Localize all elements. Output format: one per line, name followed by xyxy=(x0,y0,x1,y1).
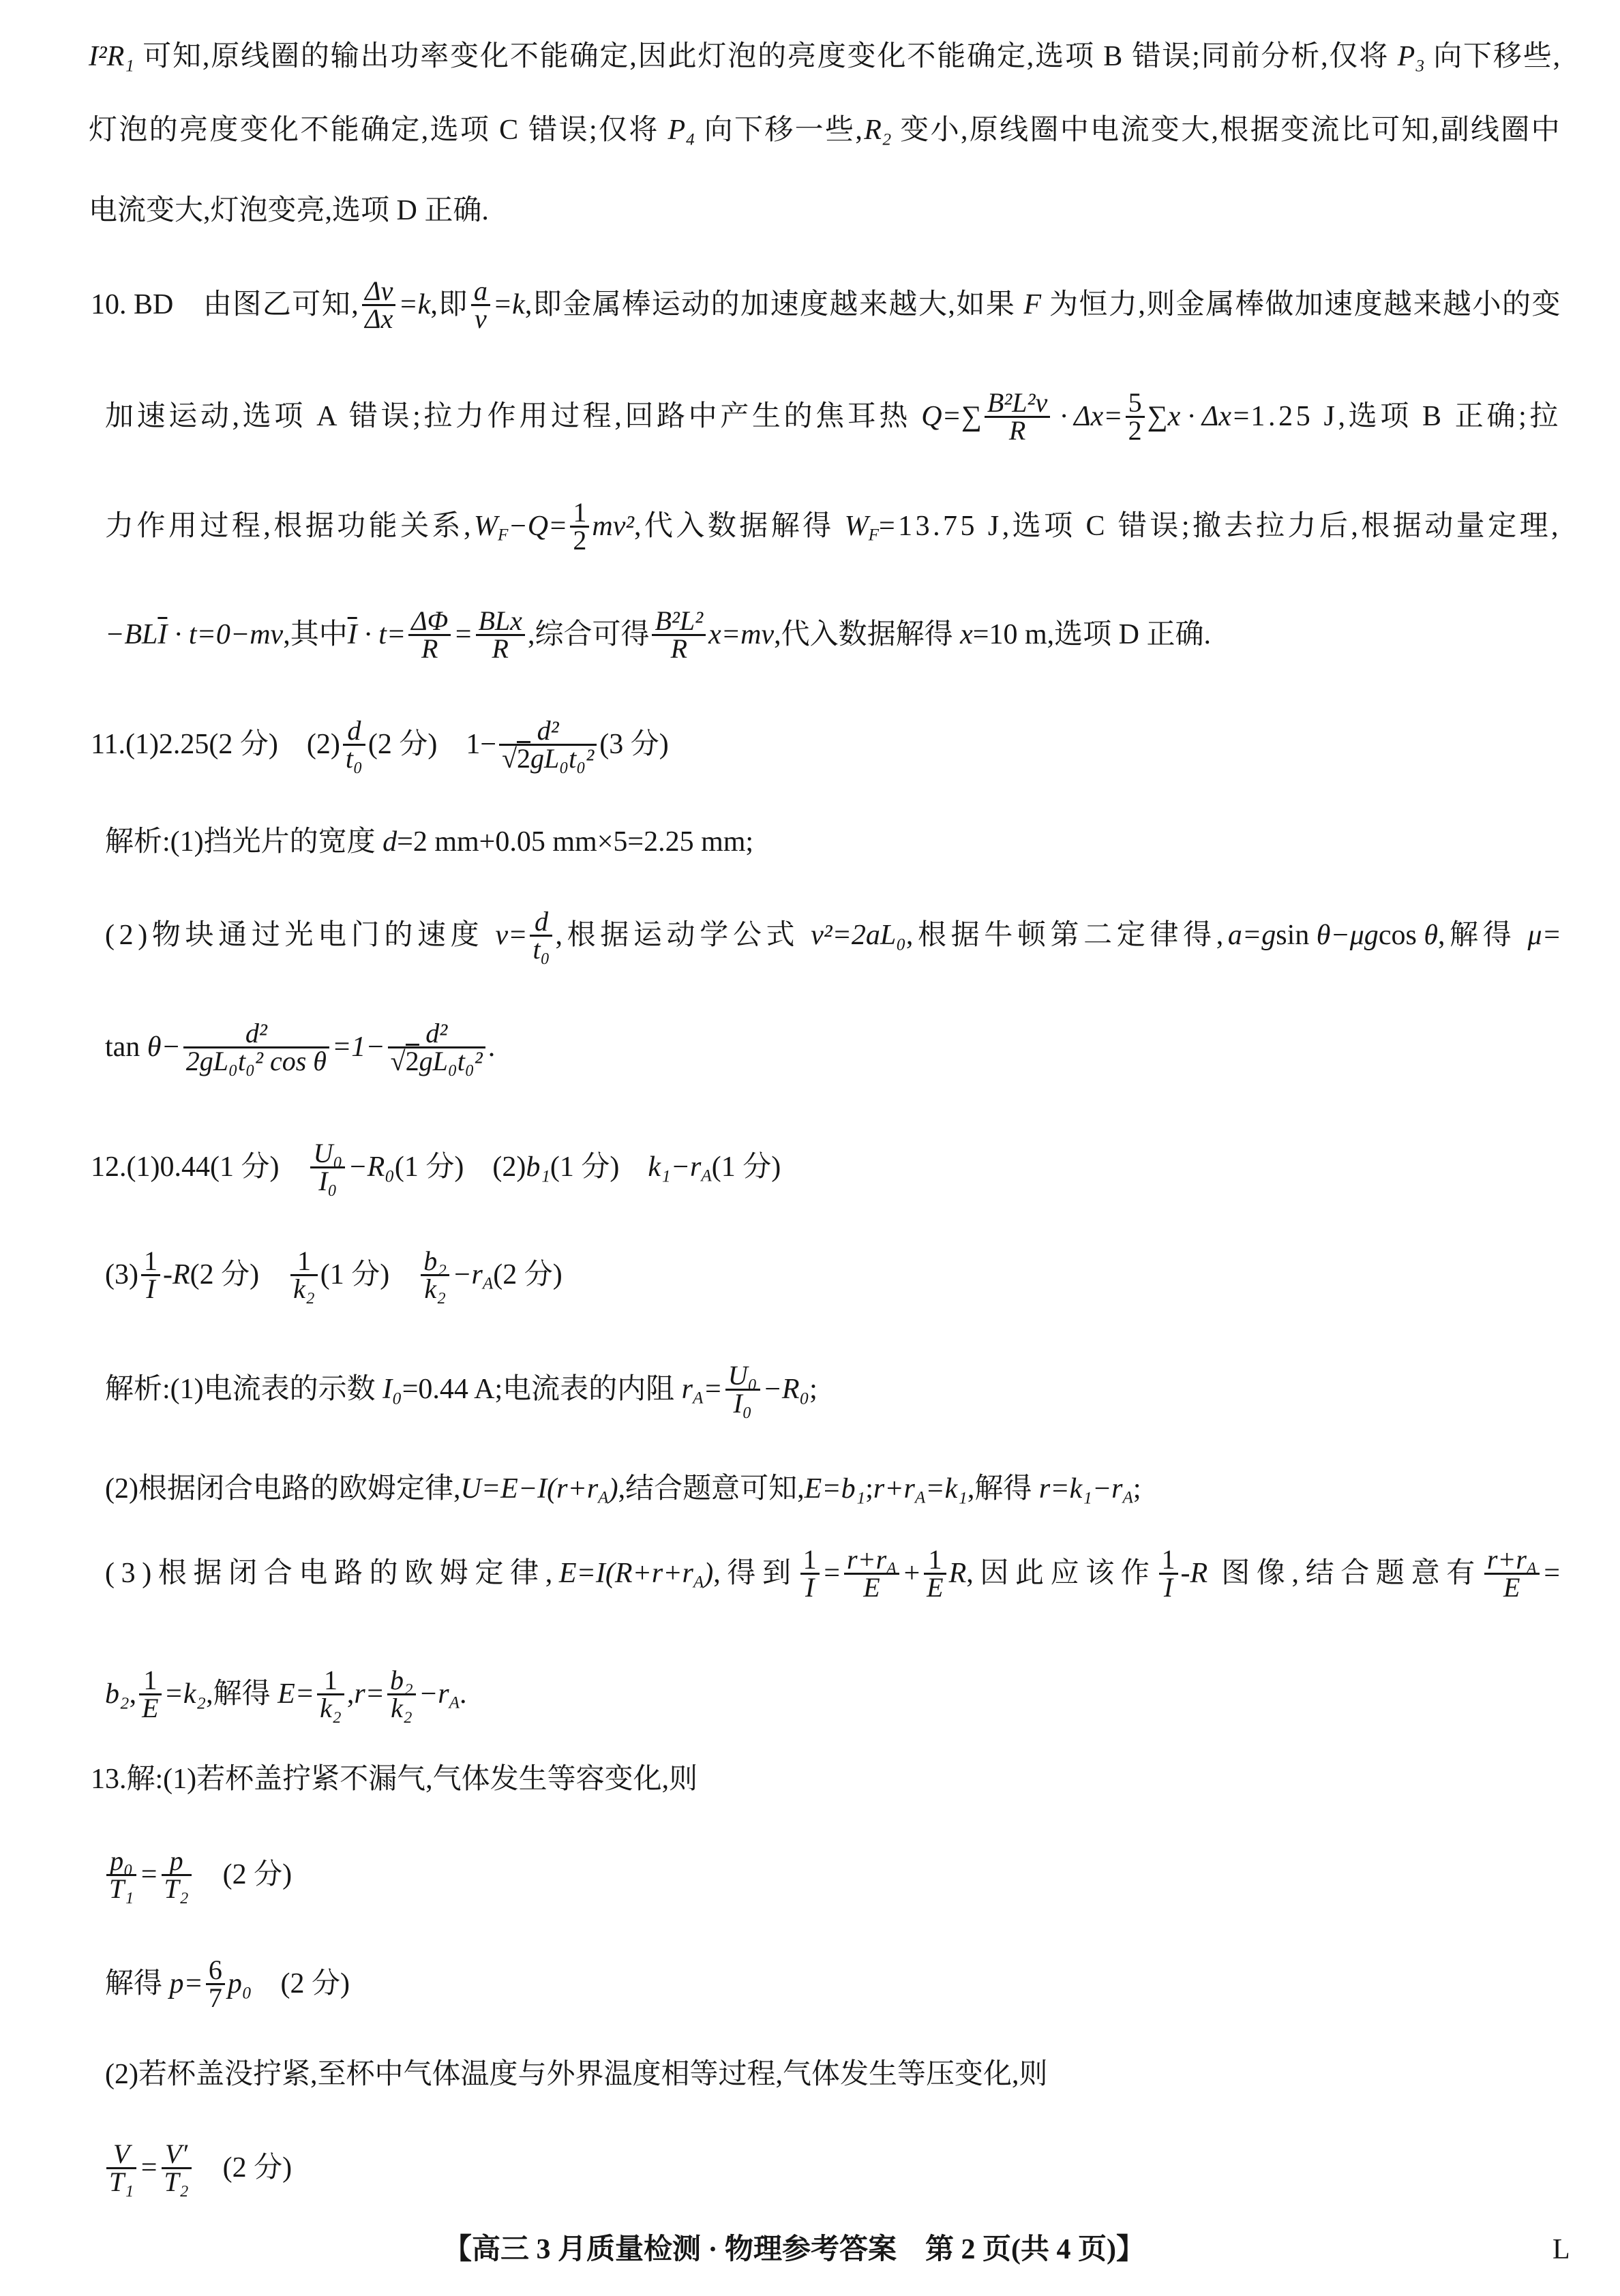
math-expression: b₂ xyxy=(105,1679,130,1709)
fraction: V′ T₂ xyxy=(162,2141,192,2195)
q11-analysis-line-3: tan θ− d² 2gL₀t₀² cos θ =1− d² √2gL₀t₀² … xyxy=(105,1032,495,1062)
math-expression: −R₀ xyxy=(348,1152,395,1182)
math-expression: d xyxy=(382,827,397,857)
fraction: 1 E xyxy=(139,1667,161,1721)
q13-equation-2: V T₁ = V′ T₂ (2 分) xyxy=(104,2153,292,2183)
text-run: ,根据牛顿第二定律得, xyxy=(906,920,1228,950)
fraction-denominator: √2gL₀t₀² xyxy=(499,744,597,772)
fraction-denominator: T₁ xyxy=(106,1874,136,1902)
math-symbol: −BL xyxy=(105,619,157,650)
text-run: (2 分) xyxy=(190,1260,288,1290)
math-expression: =1− xyxy=(332,1032,385,1062)
fraction: d² 2gL₀t₀² cos θ xyxy=(183,1021,329,1074)
fraction-denominator: k₂ xyxy=(290,1274,318,1302)
fraction: p T₂ xyxy=(162,1848,192,1902)
text-run: 解析:(1)电流表的示数 xyxy=(105,1374,382,1404)
text-run: ,解得 xyxy=(1438,920,1528,950)
math-expression: E= xyxy=(277,1679,314,1709)
fraction: d t₀ xyxy=(530,909,552,963)
fraction-numerator: 1 xyxy=(317,1667,344,1693)
function-name: cos xyxy=(1379,920,1424,950)
fraction-denominator: I₀ xyxy=(725,1389,760,1417)
text-run: (2)根据闭合电路的欧姆定律, xyxy=(105,1474,460,1504)
fraction: 1 k₂ xyxy=(317,1667,344,1721)
text-run: 解析:(1)挡光片的宽度 xyxy=(105,827,382,857)
text-run: 为恒力,则金属棒做加速度越来越小的变 xyxy=(1041,290,1561,320)
subscript: A xyxy=(915,1489,925,1507)
text-run: (1)0.44(1 分) xyxy=(127,1152,308,1182)
fraction: 1 I xyxy=(800,1547,820,1601)
text-run: ,解得 xyxy=(967,1474,1039,1504)
radicand: 2 xyxy=(406,1044,419,1076)
text-run: 加速运动,选项 A 错误;拉力作用过程,回路中产生的焦耳热 xyxy=(105,402,921,432)
text-run: (2 分) xyxy=(493,1260,562,1290)
subscript: A xyxy=(598,1489,608,1507)
fraction-numerator: d² xyxy=(499,718,597,744)
math-symbol: r xyxy=(682,1374,693,1405)
math-expression: =k xyxy=(493,290,525,320)
fraction-numerator: 1 xyxy=(570,500,589,526)
math-expression: v²=2aL₀ xyxy=(811,920,906,950)
text-run: 图像,结合题意有 xyxy=(1207,1558,1482,1588)
math-symbol: −r xyxy=(452,1259,483,1290)
text-run: 1.25 J,选项 B 正确;拉 xyxy=(1250,402,1561,432)
fraction-denominator: I₀ xyxy=(310,1166,345,1194)
fraction-denominator: k₂ xyxy=(421,1274,449,1302)
q12-analysis-line-4: b₂ , 1 E =k₂ ,解得 E= 1 k₂ , r= b₂ k₂ −rA … xyxy=(105,1679,467,1709)
subscript: A xyxy=(1123,1489,1133,1507)
fraction-numerator: 1 xyxy=(924,1547,946,1573)
subscript: A xyxy=(693,1573,704,1592)
math-expression: p= xyxy=(170,1969,203,1999)
q10-line-4: −BLI · t=0−mv ,其中 I · t= ΔΦ R = BLx R ,综… xyxy=(105,620,1211,650)
math-expression: WF−Q= xyxy=(474,511,567,541)
math-expression: E=b₁ xyxy=(805,1474,866,1504)
text-run: (1 分) xyxy=(712,1152,781,1182)
fraction-denominator: t₀ xyxy=(343,744,365,772)
text-run: ; xyxy=(809,1374,817,1404)
q11-analysis-line-1: 解析:(1)挡光片的宽度 d =2 mm+0.05 mm×5=2.25 mm; xyxy=(105,827,753,857)
text-run: , xyxy=(130,1679,137,1709)
q12-line-1: 12. (1)0.44(1 分) U₀ I₀ −R₀ (1 分) (2) b₁ … xyxy=(91,1152,781,1182)
text-run: ,根据运动学公式 xyxy=(555,920,811,950)
text-run: 灯泡的亮度变化不能确定,选项 C 错误;仅将 xyxy=(89,115,668,145)
average-current-symbol: I xyxy=(157,619,167,650)
fraction-denominator: 2gL₀t₀² cos θ xyxy=(183,1046,329,1074)
text-run: ,其中 xyxy=(283,620,348,650)
math-expression: a=g xyxy=(1228,920,1276,950)
text-run: 电流变大,灯泡变亮,选项 D 正确. xyxy=(89,196,489,226)
math-expression: mv² xyxy=(592,511,634,541)
function-name: tan xyxy=(105,1032,147,1062)
math-symbol: ) xyxy=(609,1473,618,1505)
fraction-numerator: 1 xyxy=(1159,1547,1178,1573)
subscript: A xyxy=(701,1167,711,1185)
math-expression: θ xyxy=(1424,920,1438,950)
fraction: B²L²v R xyxy=(985,390,1050,444)
fraction-numerator: 6 xyxy=(206,1957,225,1983)
q9-continuation-line-3: 电流变大,灯泡变亮,选项 D 正确. xyxy=(89,196,489,226)
math-expression: =k xyxy=(398,290,430,320)
q10-line-1: 10. BD 由图乙可知, Δv Δx =k ,即 a v =k ,即金属棒运动… xyxy=(91,290,1561,320)
math-expression: = xyxy=(1542,1558,1561,1588)
q13-line-2: (2)若杯盖没拧紧,至杯中气体温度与外界温度相等过程,气体发生等压变化,则 xyxy=(105,2059,1047,2089)
math-expression: + xyxy=(902,1558,921,1588)
text-run: 变小,原线圈中电流变大,根据变流比可知,副线圈中 xyxy=(891,115,1561,145)
radicand: 2 xyxy=(517,741,530,774)
text-run: ,得到 xyxy=(713,1558,797,1588)
math-expression: θ− xyxy=(147,1032,181,1062)
fraction-numerator: U₀ xyxy=(725,1363,760,1389)
math-symbol: ) xyxy=(704,1558,713,1589)
math-expression: = xyxy=(822,1558,841,1588)
text-run: (1 分) xyxy=(320,1260,418,1290)
q11-line-1: 11. (1)2.25(2 分) (2) d t₀ (2 分) 1− d² √2… xyxy=(91,729,669,759)
fraction-numerator: 1 xyxy=(800,1547,820,1573)
q11-analysis-line-2: (2)物块通过光电门的速度 v= d t₀ ,根据运动学公式 v²=2aL₀ ,… xyxy=(105,920,1561,950)
math-expression: I²R₁ xyxy=(89,42,134,72)
text-run: ,即 xyxy=(430,290,468,320)
q12-analysis-line-2: (2)根据闭合电路的欧姆定律, U=E−I(r+rA) ,结合题意可知, E=b… xyxy=(105,1474,1141,1504)
text-run: (1)2.25(2 分) (2) xyxy=(125,729,340,759)
fraction-denominator: R xyxy=(985,416,1050,444)
fraction-denominator: t₀ xyxy=(530,935,552,963)
fraction-denominator: 2 xyxy=(570,526,589,554)
math-symbol: E=I(R+r+r xyxy=(559,1558,693,1589)
q12-line-2: (3) 1 I -R (2 分) 1 k₂ (1 分) b₂ k₂ −rA (2… xyxy=(105,1260,562,1290)
math-expression: F xyxy=(1023,290,1041,320)
math-symbol: r=k₁−r xyxy=(1039,1473,1123,1505)
fraction: B²L² R xyxy=(652,608,706,662)
fraction: r+rA E xyxy=(844,1547,899,1601)
text-run: ,因此应该作 xyxy=(966,1558,1156,1588)
text-run: ; xyxy=(1133,1474,1141,1504)
text-run: ; xyxy=(865,1474,873,1504)
math-expression: U=E−I(r+rA) xyxy=(460,1474,618,1504)
fraction-denominator: E xyxy=(844,1573,899,1601)
text-run: (2)若杯盖没拧紧,至杯中气体温度与外界温度相等过程,气体发生等压变化,则 xyxy=(105,2059,1047,2089)
subscript: F xyxy=(869,526,879,545)
fraction-numerator: V′ xyxy=(162,2141,192,2167)
math-expression: −R₀ xyxy=(763,1374,810,1404)
math-expression: WF xyxy=(845,511,879,541)
text-run: 向下移一些, xyxy=(695,115,864,145)
math-expression: ∑x · Δx= xyxy=(1147,402,1251,432)
math-symbol: W xyxy=(845,511,869,542)
math-expression: = xyxy=(139,2153,158,2183)
math-expression: I₀ xyxy=(382,1374,402,1404)
fraction-numerator: 5 xyxy=(1126,390,1145,416)
q9-continuation-line-1: I²R₁ 可知,原线圈的输出功率变化不能确定,因此灯泡的亮度变化不能确定,选项 … xyxy=(89,42,1561,72)
q13-line-1: 13. 解:(1)若杯盖拧紧不漏气,气体发生等容变化,则 xyxy=(91,1764,697,1794)
text-run: . xyxy=(488,1032,496,1062)
fraction-numerator: ΔΦ xyxy=(408,608,451,634)
fraction-numerator: a xyxy=(471,278,490,304)
math-expression: −rA xyxy=(419,1679,460,1709)
q10-line-2: 加速运动,选项 A 错误;拉力作用过程,回路中产生的焦耳热 Q=∑ B²L²v … xyxy=(105,402,1561,432)
fraction-numerator: B²L²v xyxy=(985,390,1050,416)
fraction-numerator: 1 xyxy=(139,1667,161,1693)
text-run: ,结合题意可知, xyxy=(618,1474,805,1504)
fraction: b₂ k₂ xyxy=(421,1248,449,1302)
text-run: 解得 xyxy=(105,1969,170,1999)
math-expression: -R xyxy=(163,1260,190,1290)
math-expression: θ−μg xyxy=(1317,920,1379,950)
fraction-numerator: r+rA xyxy=(1484,1547,1540,1573)
fraction-numerator: 1 xyxy=(141,1248,160,1274)
fraction: 1 E xyxy=(924,1547,946,1601)
math-expression: b₁ xyxy=(526,1152,550,1182)
fraction: 6 7 xyxy=(206,1957,225,2011)
q9-continuation-line-2: 灯泡的亮度变化不能确定,选项 C 错误;仅将 P₄ 向下移一些, R₂ 变小,原… xyxy=(89,115,1561,145)
math-symbol: · t=0−mv xyxy=(167,619,283,650)
fraction: d² √2gL₀t₀² xyxy=(388,1021,485,1074)
fraction-numerator: B²L² xyxy=(652,608,706,634)
text-run: (2 分) 1− xyxy=(368,729,496,759)
text-run: 向下移些, xyxy=(1425,42,1561,72)
math-expression: rA= xyxy=(682,1374,723,1404)
subscript: A xyxy=(693,1389,703,1408)
sqrt-icon: √ xyxy=(502,743,517,774)
q13-equation-1: p₀ T₁ = p T₂ (2 分) xyxy=(104,1860,292,1890)
footer-title: 【高三 3 月质量检测 · 物理参考答案 第 2 页(共 4 页)】 xyxy=(443,2235,1145,2265)
fraction: ΔΦ R xyxy=(408,608,451,662)
text-run: =10 m,选项 D 正确. xyxy=(973,620,1211,650)
q12-analysis-line-1: 解析:(1)电流表的示数 I₀ =0.44 A;电流表的内阻 rA= U₀ I₀… xyxy=(105,1374,817,1404)
fraction-denominator: 2 xyxy=(1126,416,1145,444)
fraction-numerator: Δv xyxy=(362,278,395,304)
fraction-denominator: T₁ xyxy=(106,2167,136,2195)
fraction: U₀ I₀ xyxy=(725,1363,760,1417)
fraction-numerator: p xyxy=(162,1848,192,1874)
math-expression: · Δx= xyxy=(1053,402,1122,432)
text-run: =13.75 J,选项 C 错误;撤去拉力后,根据动量定理, xyxy=(879,511,1561,541)
math-expression: −rA xyxy=(452,1260,493,1290)
page-footer: 【高三 3 月质量检测 · 物理参考答案 第 2 页(共 4 页)】 xyxy=(443,2235,1145,2265)
fraction: 1 k₂ xyxy=(290,1248,318,1302)
math-expression: μ= xyxy=(1528,920,1561,950)
q13-solution-1: 解得 p= 6 7 p₀ (2 分) xyxy=(105,1969,350,1999)
average-current-symbol: I xyxy=(348,619,357,650)
fraction-numerator: d² xyxy=(388,1021,485,1046)
math-symbol: −r xyxy=(419,1678,449,1710)
fraction: b₂ k₂ xyxy=(387,1667,416,1721)
math-expression: p₀ xyxy=(228,1969,252,1999)
fraction: r+rA E xyxy=(1484,1547,1540,1601)
text-run: 可知,原线圈的输出功率变化不能确定,因此灯泡的亮度变化不能确定,选项 B 错误;… xyxy=(134,42,1398,72)
text-run: =0.44 A;电流表的内阻 xyxy=(402,1374,682,1404)
fraction: 1 I xyxy=(141,1248,160,1302)
text-run: (3 分) xyxy=(599,729,668,759)
fraction-denominator: E xyxy=(1484,1573,1540,1601)
question-number: 11. xyxy=(91,729,125,759)
math-expression: -R xyxy=(1181,1558,1208,1588)
fraction: p₀ T₁ xyxy=(106,1848,136,1902)
fraction-denominator: I xyxy=(800,1573,820,1601)
math-expression: E=I(R+r+rA) xyxy=(559,1558,713,1588)
fraction-denominator: I xyxy=(141,1274,160,1302)
text-run: 力作用过程,根据功能关系, xyxy=(105,511,474,541)
text-run: =2 mm+0.05 mm×5=2.25 mm; xyxy=(397,827,753,857)
fraction-denominator: v xyxy=(471,304,490,332)
text-run: . xyxy=(460,1679,467,1709)
fraction: 1 2 xyxy=(570,500,589,554)
fraction: V T₁ xyxy=(106,2141,136,2195)
math-symbol: r+r xyxy=(873,1473,915,1505)
math-expression: = xyxy=(139,1860,158,1890)
text-run: ,即金属棒运动的加速度越来越大,如果 xyxy=(525,290,1023,320)
fraction-denominator: k₂ xyxy=(317,1693,344,1721)
math-symbol: r+r xyxy=(847,1544,886,1575)
subscript: A xyxy=(449,1694,460,1712)
math-symbol: −Q= xyxy=(508,511,567,542)
fraction-denominator: I xyxy=(1159,1573,1178,1601)
text-run: ,综合可得 xyxy=(528,620,650,650)
text-run: (1 分) xyxy=(550,1152,648,1182)
fraction: a v xyxy=(471,278,490,332)
math-expression: r= xyxy=(354,1679,385,1709)
text-run: ,解得 xyxy=(206,1679,277,1709)
math-symbol: gL₀t₀² xyxy=(530,743,594,774)
text-run: (2)物块通过光电门的速度 xyxy=(105,920,495,950)
fraction: 5 2 xyxy=(1126,390,1145,444)
math-expression: v= xyxy=(495,920,527,950)
fraction-numerator: b₂ xyxy=(387,1667,416,1693)
math-expression: x xyxy=(960,620,973,650)
fraction-numerator: U₀ xyxy=(310,1141,345,1166)
fraction-denominator: 7 xyxy=(206,1983,225,2011)
math-symbol: · t= xyxy=(357,619,406,650)
question-number: 12. xyxy=(91,1152,127,1182)
fraction-denominator: R xyxy=(408,634,451,662)
math-symbol: = xyxy=(703,1374,722,1405)
math-expression: P₃ xyxy=(1398,42,1425,72)
score-note: (2 分) xyxy=(194,2153,292,2183)
function-name: sin xyxy=(1276,920,1317,950)
fraction: 1 I xyxy=(1159,1547,1178,1601)
math-symbol: W xyxy=(474,511,498,542)
math-expression: R xyxy=(949,1558,967,1588)
fraction-denominator: R xyxy=(476,634,525,662)
fraction-denominator: E xyxy=(139,1693,161,1721)
math-symbol: gL₀t₀² xyxy=(419,1046,483,1076)
math-expression: Q=∑ xyxy=(921,402,982,432)
fraction-numerator: r+rA xyxy=(844,1547,899,1573)
math-expression: k₁−rA xyxy=(648,1152,711,1182)
fraction-numerator: V xyxy=(106,2141,136,2167)
math-expression: R₂ xyxy=(864,115,891,145)
score-note: (2 分) xyxy=(252,1969,349,1999)
math-expression: =k₂ xyxy=(164,1679,207,1709)
subscript: A xyxy=(483,1275,493,1293)
fraction-numerator: d xyxy=(530,909,552,935)
text-run: 解:(1)若杯盖拧紧不漏气,气体发生等容变化,则 xyxy=(127,1764,698,1794)
q10-line-3: 力作用过程,根据功能关系, WF−Q= 1 2 mv² ,代入数据解得 WF =… xyxy=(105,511,1561,541)
fraction-denominator: T₂ xyxy=(162,1874,192,1902)
fraction-numerator: b₂ xyxy=(421,1248,449,1274)
question-number: 13. xyxy=(91,1764,127,1794)
fraction-numerator: p₀ xyxy=(106,1848,136,1874)
sqrt-icon: √ xyxy=(391,1046,406,1076)
text-run: 由图乙可知, xyxy=(173,290,359,320)
math-symbol: r+r xyxy=(1487,1544,1527,1575)
text-run: , xyxy=(347,1679,355,1709)
math-expression: = xyxy=(453,620,472,650)
fraction-numerator: 1 xyxy=(290,1248,318,1274)
q12-analysis-line-3: (3)根据闭合电路的欧姆定律, E=I(R+r+rA) ,得到 1 I = r+… xyxy=(105,1558,1561,1588)
fraction-denominator: k₂ xyxy=(387,1693,416,1721)
text-run: (3)根据闭合电路的欧姆定律, xyxy=(105,1558,559,1588)
math-expression: x=mv xyxy=(708,620,774,650)
math-expression: I · t= xyxy=(348,620,406,650)
fraction-numerator: d² xyxy=(183,1021,329,1046)
text-run: ,代入数据解得 xyxy=(774,620,960,650)
subscript: F xyxy=(498,526,508,545)
fraction-numerator: BLx xyxy=(476,608,525,634)
page-mark: L xyxy=(1552,2235,1570,2265)
text-run: ,代入数据解得 xyxy=(634,511,845,541)
math-symbol: U=E−I(r+r xyxy=(460,1473,598,1505)
text-run: (1 分) (2) xyxy=(395,1152,526,1182)
score-note: (2 分) xyxy=(194,1860,292,1890)
math-symbol: k₁−r xyxy=(648,1151,701,1183)
fraction: d t₀ xyxy=(343,718,365,772)
fraction: Δv Δx xyxy=(362,278,395,332)
fraction-denominator: T₂ xyxy=(162,2167,192,2195)
fraction-denominator: √2gL₀t₀² xyxy=(388,1046,485,1074)
math-expression: −BLI · t=0−mv xyxy=(105,620,283,650)
math-symbol: =k₁ xyxy=(925,1473,967,1505)
fraction: U₀ I₀ xyxy=(310,1141,345,1194)
math-expression: r+rA=k₁ xyxy=(873,1474,967,1504)
footer-mark: L xyxy=(1552,2235,1570,2265)
fraction: d² √2gL₀t₀² xyxy=(499,718,597,772)
answer-key-page: I²R₁ 可知,原线圈的输出功率变化不能确定,因此灯泡的亮度变化不能确定,选项 … xyxy=(0,0,1620,2296)
fraction: BLx R xyxy=(476,608,525,662)
question-number-answer: 10. BD xyxy=(91,290,173,320)
fraction-denominator: E xyxy=(924,1573,946,1601)
fraction-denominator: R xyxy=(652,634,706,662)
math-expression: P₄ xyxy=(668,115,695,145)
fraction-denominator: Δx xyxy=(362,304,395,332)
math-expression: r=k₁−rA xyxy=(1039,1474,1133,1504)
fraction-numerator: d xyxy=(343,718,365,744)
text-run: (3) xyxy=(105,1260,138,1290)
